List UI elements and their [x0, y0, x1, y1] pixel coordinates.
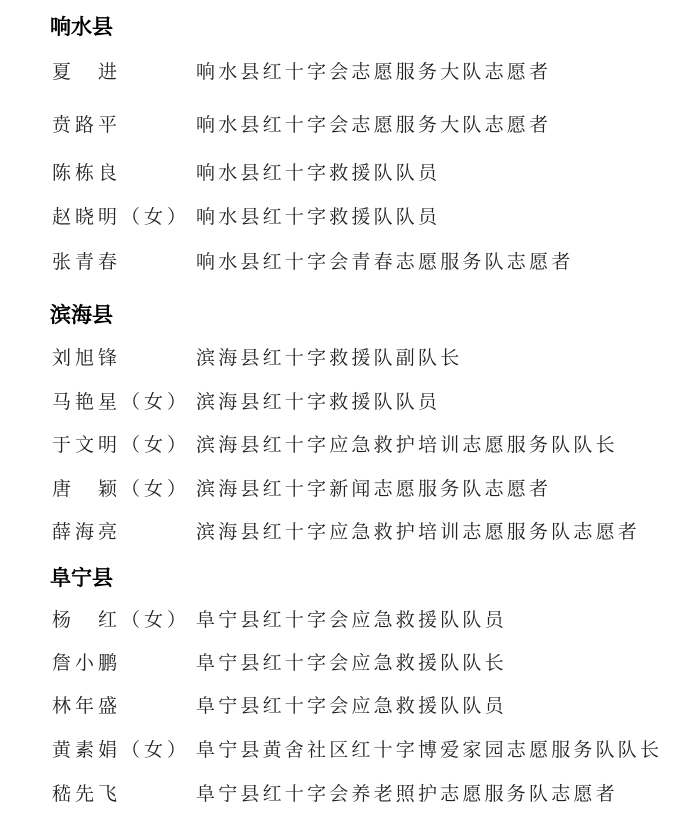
member-name: 马艳星（女）: [52, 388, 190, 416]
list-item: 唐 颖（女） 滨海县红十字新闻志愿服务队志愿者: [0, 475, 700, 503]
member-role: 响水县红十字会青春志愿服务队志愿者: [196, 248, 573, 276]
member-name: 于文明（女）: [52, 431, 190, 459]
member-role: 阜宁县黄舍社区红十字博爱家园志愿服务队队长: [196, 736, 662, 764]
list-item: 于文明（女） 滨海县红十字应急救护培训志愿服务队队长: [0, 431, 700, 459]
member-name: 林年盛: [52, 692, 121, 720]
member-role: 阜宁县红十字会养老照护志愿服务队志愿者: [196, 780, 618, 808]
member-role: 响水县红十字救援队队员: [196, 203, 440, 231]
member-name: 陈栋良: [52, 159, 121, 187]
member-name: 刘旭锋: [52, 344, 121, 372]
member-name: 杨 红（女）: [52, 606, 190, 634]
list-item: 刘旭锋 滨海县红十字救援队副队长: [0, 344, 700, 372]
list-item: 马艳星（女） 滨海县红十字救援队队员: [0, 388, 700, 416]
list-item: 张青春 响水县红十字会青春志愿服务队志愿者: [0, 248, 700, 276]
member-role: 滨海县红十字新闻志愿服务队志愿者: [196, 475, 551, 503]
list-item: 杨 红（女） 阜宁县红十字会应急救援队队员: [0, 606, 700, 634]
list-item: 林年盛 阜宁县红十字会应急救援队队员: [0, 692, 700, 720]
member-role: 滨海县红十字应急救护培训志愿服务队队长: [196, 431, 618, 459]
member-name: 黄素娟（女）: [52, 736, 190, 764]
list-item: 赵晓明（女） 响水县红十字救援队队员: [0, 203, 700, 231]
member-name: 詹小鹏: [52, 649, 121, 677]
list-item: 陈栋良 响水县红十字救援队队员: [0, 159, 700, 187]
member-name: 赵晓明（女）: [52, 203, 190, 231]
section-heading-xiangshui: 响水县: [50, 15, 113, 39]
member-name: 夏 进: [52, 58, 121, 86]
section-heading-binhai: 滨海县: [50, 303, 113, 327]
member-role: 响水县红十字救援队队员: [196, 159, 440, 187]
section-heading-funing: 阜宁县: [50, 566, 113, 590]
member-name: 张青春: [52, 248, 121, 276]
list-item: 詹小鹏 阜宁县红十字会应急救援队队长: [0, 649, 700, 677]
list-item: 薛海亮 滨海县红十字应急救护培训志愿服务队志愿者: [0, 518, 700, 546]
list-item: 夏 进 响水县红十字会志愿服务大队志愿者: [0, 58, 700, 86]
member-role: 响水县红十字会志愿服务大队志愿者: [196, 58, 551, 86]
member-name: 嵇先飞: [52, 780, 121, 808]
list-item: 黄素娟（女） 阜宁县黄舍社区红十字博爱家园志愿服务队队长: [0, 736, 700, 764]
member-name: 贲路平: [52, 111, 121, 139]
member-role: 响水县红十字会志愿服务大队志愿者: [196, 111, 551, 139]
member-role: 滨海县红十字救援队副队长: [196, 344, 462, 372]
member-name: 薛海亮: [52, 518, 121, 546]
member-role: 阜宁县红十字会应急救援队队长: [196, 649, 507, 677]
list-item: 贲路平 响水县红十字会志愿服务大队志愿者: [0, 111, 700, 139]
member-role: 阜宁县红十字会应急救援队队员: [196, 692, 507, 720]
member-name: 唐 颖（女）: [52, 475, 190, 503]
member-role: 滨海县红十字救援队队员: [196, 388, 440, 416]
member-role: 阜宁县红十字会应急救援队队员: [196, 606, 507, 634]
member-role: 滨海县红十字应急救护培训志愿服务队志愿者: [196, 518, 640, 546]
list-item: 嵇先飞 阜宁县红十字会养老照护志愿服务队志愿者: [0, 780, 700, 808]
